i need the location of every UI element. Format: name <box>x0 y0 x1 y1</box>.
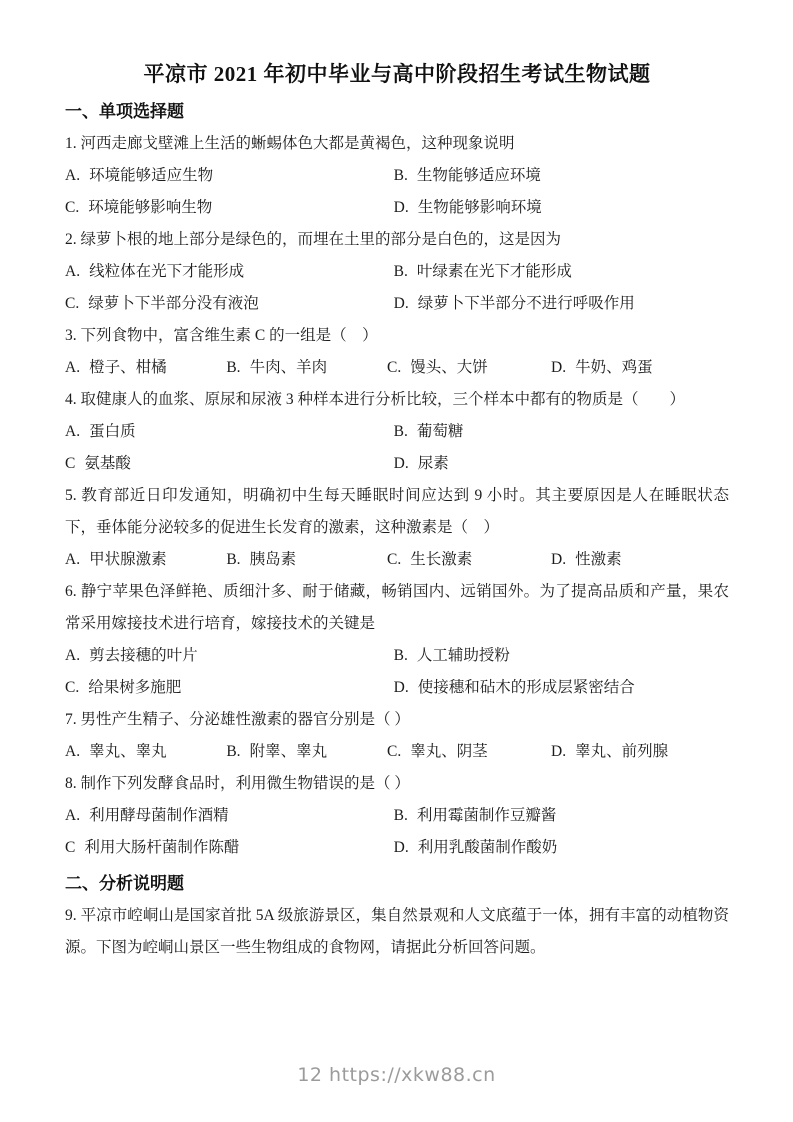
question-7-option-a: A.睾丸、睾丸 <box>65 736 226 768</box>
question-5-option-a: A.甲状腺激素 <box>65 544 226 576</box>
option-text: 生长激素 <box>410 551 472 568</box>
option-text: 叶绿素在光下才能形成 <box>417 263 572 280</box>
question-2-option-c: C.绿萝卜下半部分没有液泡 <box>65 288 394 320</box>
option-label: C. <box>65 199 79 216</box>
option-text: 绿萝卜下半部分不进行呼吸作用 <box>418 295 635 312</box>
option-text: 绿萝卜下半部分没有液泡 <box>88 295 259 312</box>
option-label: B. <box>394 647 408 664</box>
question-1-options-row-1: A.环境能够适应生物 B.生物能够适应环境 <box>65 160 729 192</box>
question-6-options-row-1: A.剪去接穗的叶片 B.人工辅助授粉 <box>65 640 729 672</box>
option-label: C <box>65 839 75 856</box>
question-5-stem: 5. 教育部近日印发通知，明确初中生每天睡眠时间应达到 9 小时。其主要原因是人… <box>65 480 729 544</box>
question-3-options-row: A.橙子、柑橘 B.牛肉、羊肉 C.馒头、大饼 D.牛奶、鸡蛋 <box>65 352 729 384</box>
question-2-option-a: A.线粒体在光下才能形成 <box>65 256 394 288</box>
question-7-stem: 7. 男性产生精子、分泌雄性激素的器官分别是（ ） <box>65 704 729 736</box>
question-4-option-b: B.葡萄糖 <box>394 416 729 448</box>
question-2-option-d: D.绿萝卜下半部分不进行呼吸作用 <box>394 288 729 320</box>
option-label: B. <box>394 263 408 280</box>
question-6-option-a: A.剪去接穗的叶片 <box>65 640 394 672</box>
footer-watermark: 12 https://xkw88.cn <box>0 1064 793 1086</box>
option-label: A. <box>65 263 80 280</box>
option-text: 环境能够影响生物 <box>88 199 212 216</box>
question-3-option-b: B.牛肉、羊肉 <box>226 352 387 384</box>
option-text: 生物能够适应环境 <box>417 167 541 184</box>
option-text: 性激素 <box>575 551 622 568</box>
question-1-option-b: B.生物能够适应环境 <box>394 160 729 192</box>
option-text: 胰岛素 <box>250 551 297 568</box>
option-text: 睾丸、睾丸 <box>89 743 167 760</box>
option-label: C. <box>65 295 79 312</box>
option-text: 利用乳酸菌制作酸奶 <box>418 839 558 856</box>
option-text: 睾丸、阴茎 <box>410 743 488 760</box>
option-label: C. <box>387 551 401 568</box>
question-8-option-a: A.利用酵母菌制作酒精 <box>65 800 394 832</box>
question-2-option-b: B.叶绿素在光下才能形成 <box>394 256 729 288</box>
question-9-stem: 9. 平凉市崆峒山是国家首批 5A 级旅游景区，集自然景观和人文底蕴于一体，拥有… <box>65 900 729 964</box>
option-label: B. <box>394 807 408 824</box>
question-3-option-a: A.橙子、柑橘 <box>65 352 226 384</box>
option-text: 环境能够适应生物 <box>89 167 213 184</box>
option-text: 生物能够影响环境 <box>418 199 542 216</box>
option-label: D. <box>551 551 566 568</box>
option-text: 睾丸、前列腺 <box>575 743 668 760</box>
question-8-options-row-1: A.利用酵母菌制作酒精 B.利用霉菌制作豆瓣酱 <box>65 800 729 832</box>
option-label: C. <box>65 679 79 696</box>
question-7-option-c: C.睾丸、阴茎 <box>387 736 551 768</box>
option-text: 牛奶、鸡蛋 <box>575 359 653 376</box>
question-7: 7. 男性产生精子、分泌雄性激素的器官分别是（ ） A.睾丸、睾丸 B.附睾、睾… <box>65 704 729 768</box>
question-1-option-d: D.生物能够影响环境 <box>394 192 729 224</box>
question-5-option-c: C.生长激素 <box>387 544 551 576</box>
option-label: C. <box>387 359 401 376</box>
option-label: B. <box>226 551 240 568</box>
option-label: A. <box>65 359 80 376</box>
question-6: 6. 静宁苹果色泽鲜艳、质细汁多、耐于储藏，畅销国内、远销国外。为了提高品质和产… <box>65 576 729 704</box>
question-2-stem: 2. 绿萝卜根的地上部分是绿色的，而埋在土里的部分是白色的，这是因为 <box>65 224 729 256</box>
option-label: D. <box>394 199 409 216</box>
section-heading-2: 二、分析说明题 <box>65 868 729 900</box>
question-4-option-d: D.尿素 <box>394 448 729 480</box>
option-text: 利用酵母菌制作酒精 <box>89 807 229 824</box>
option-label: B. <box>394 167 408 184</box>
option-label: A. <box>65 167 80 184</box>
question-9: 9. 平凉市崆峒山是国家首批 5A 级旅游景区，集自然景观和人文底蕴于一体，拥有… <box>65 900 729 964</box>
option-text: 给果树多施肥 <box>88 679 181 696</box>
question-4-options-row-1: A.蛋白质 B.葡萄糖 <box>65 416 729 448</box>
option-label: D. <box>394 839 409 856</box>
exam-title: 平凉市 2021 年初中毕业与高中阶段招生考试生物试题 <box>65 56 729 92</box>
question-1-option-c: C.环境能够影响生物 <box>65 192 394 224</box>
option-text: 橙子、柑橘 <box>89 359 167 376</box>
question-1: 1. 河西走廊戈壁滩上生活的蜥蜴体色大都是黄褐色，这种现象说明 A.环境能够适应… <box>65 128 729 224</box>
option-text: 甲状腺激素 <box>89 551 167 568</box>
question-1-options-row-2: C.环境能够影响生物 D.生物能够影响环境 <box>65 192 729 224</box>
option-label: C. <box>387 743 401 760</box>
option-text: 剪去接穗的叶片 <box>89 647 198 664</box>
question-3-option-d: D.牛奶、鸡蛋 <box>551 352 729 384</box>
question-3-option-c: C.馒头、大饼 <box>387 352 551 384</box>
section-heading-1: 一、单项选择题 <box>65 96 729 128</box>
question-2: 2. 绿萝卜根的地上部分是绿色的，而埋在土里的部分是白色的，这是因为 A.线粒体… <box>65 224 729 320</box>
exam-page: 平凉市 2021 年初中毕业与高中阶段招生考试生物试题 一、单项选择题 1. 河… <box>0 0 793 1122</box>
option-text: 线粒体在光下才能形成 <box>89 263 244 280</box>
page-content: 平凉市 2021 年初中毕业与高中阶段招生考试生物试题 一、单项选择题 1. 河… <box>0 0 793 964</box>
question-7-options-row: A.睾丸、睾丸 B.附睾、睾丸 C.睾丸、阴茎 D.睾丸、前列腺 <box>65 736 729 768</box>
question-5-option-d: D.性激素 <box>551 544 729 576</box>
option-label: B. <box>226 743 240 760</box>
question-7-option-b: B.附睾、睾丸 <box>226 736 387 768</box>
question-6-option-c: C.给果树多施肥 <box>65 672 394 704</box>
option-text: 蛋白质 <box>89 423 136 440</box>
question-8-option-c: C利用大肠杆菌制作陈醋 <box>65 832 394 864</box>
option-text: 人工辅助授粉 <box>417 647 510 664</box>
option-label: B. <box>394 423 408 440</box>
question-2-options-row-2: C.绿萝卜下半部分没有液泡 D.绿萝卜下半部分不进行呼吸作用 <box>65 288 729 320</box>
option-label: A. <box>65 743 80 760</box>
question-8: 8. 制作下列发酵食品时，利用微生物错误的是（ ） A.利用酵母菌制作酒精 B.… <box>65 768 729 864</box>
option-label: A. <box>65 647 80 664</box>
question-4-stem: 4. 取健康人的血浆、原尿和尿液 3 种样本进行分析比较，三个样本中都有的物质是… <box>65 384 729 416</box>
question-6-stem: 6. 静宁苹果色泽鲜艳、质细汁多、耐于储藏，畅销国内、远销国外。为了提高品质和产… <box>65 576 729 640</box>
option-text: 使接穗和砧木的形成层紧密结合 <box>418 679 635 696</box>
question-8-options-row-2: C利用大肠杆菌制作陈醋 D.利用乳酸菌制作酸奶 <box>65 832 729 864</box>
option-label: B. <box>226 359 240 376</box>
question-8-option-b: B.利用霉菌制作豆瓣酱 <box>394 800 729 832</box>
question-6-option-d: D.使接穗和砧木的形成层紧密结合 <box>394 672 729 704</box>
option-label: D. <box>551 359 566 376</box>
question-3: 3. 下列食物中，富含维生素 C 的一组是（ ） A.橙子、柑橘 B.牛肉、羊肉… <box>65 320 729 384</box>
question-3-stem: 3. 下列食物中，富含维生素 C 的一组是（ ） <box>65 320 729 352</box>
option-label: D. <box>394 679 409 696</box>
question-6-options-row-2: C.给果树多施肥 D.使接穗和砧木的形成层紧密结合 <box>65 672 729 704</box>
question-8-stem: 8. 制作下列发酵食品时，利用微生物错误的是（ ） <box>65 768 729 800</box>
option-label: D. <box>551 743 566 760</box>
question-7-option-d: D.睾丸、前列腺 <box>551 736 729 768</box>
question-5-option-b: B.胰岛素 <box>226 544 387 576</box>
option-label: D. <box>394 455 409 472</box>
question-4-option-c: C氨基酸 <box>65 448 394 480</box>
question-8-option-d: D.利用乳酸菌制作酸奶 <box>394 832 729 864</box>
question-5: 5. 教育部近日印发通知，明确初中生每天睡眠时间应达到 9 小时。其主要原因是人… <box>65 480 729 576</box>
option-text: 利用霉菌制作豆瓣酱 <box>417 807 557 824</box>
option-text: 葡萄糖 <box>417 423 464 440</box>
option-text: 尿素 <box>418 455 449 472</box>
option-label: A. <box>65 551 80 568</box>
question-4-option-a: A.蛋白质 <box>65 416 394 448</box>
option-text: 氨基酸 <box>84 455 131 472</box>
question-4: 4. 取健康人的血浆、原尿和尿液 3 种样本进行分析比较，三个样本中都有的物质是… <box>65 384 729 480</box>
question-6-option-b: B.人工辅助授粉 <box>394 640 729 672</box>
option-text: 利用大肠杆菌制作陈醋 <box>84 839 239 856</box>
option-text: 牛肉、羊肉 <box>250 359 328 376</box>
question-1-stem: 1. 河西走廊戈壁滩上生活的蜥蜴体色大都是黄褐色，这种现象说明 <box>65 128 729 160</box>
question-4-options-row-2: C氨基酸 D.尿素 <box>65 448 729 480</box>
question-2-options-row-1: A.线粒体在光下才能形成 B.叶绿素在光下才能形成 <box>65 256 729 288</box>
option-label: A. <box>65 423 80 440</box>
option-label: D. <box>394 295 409 312</box>
option-label: C <box>65 455 75 472</box>
option-label: A. <box>65 807 80 824</box>
option-text: 馒头、大饼 <box>410 359 488 376</box>
option-text: 附睾、睾丸 <box>250 743 328 760</box>
question-1-option-a: A.环境能够适应生物 <box>65 160 394 192</box>
question-5-options-row: A.甲状腺激素 B.胰岛素 C.生长激素 D.性激素 <box>65 544 729 576</box>
